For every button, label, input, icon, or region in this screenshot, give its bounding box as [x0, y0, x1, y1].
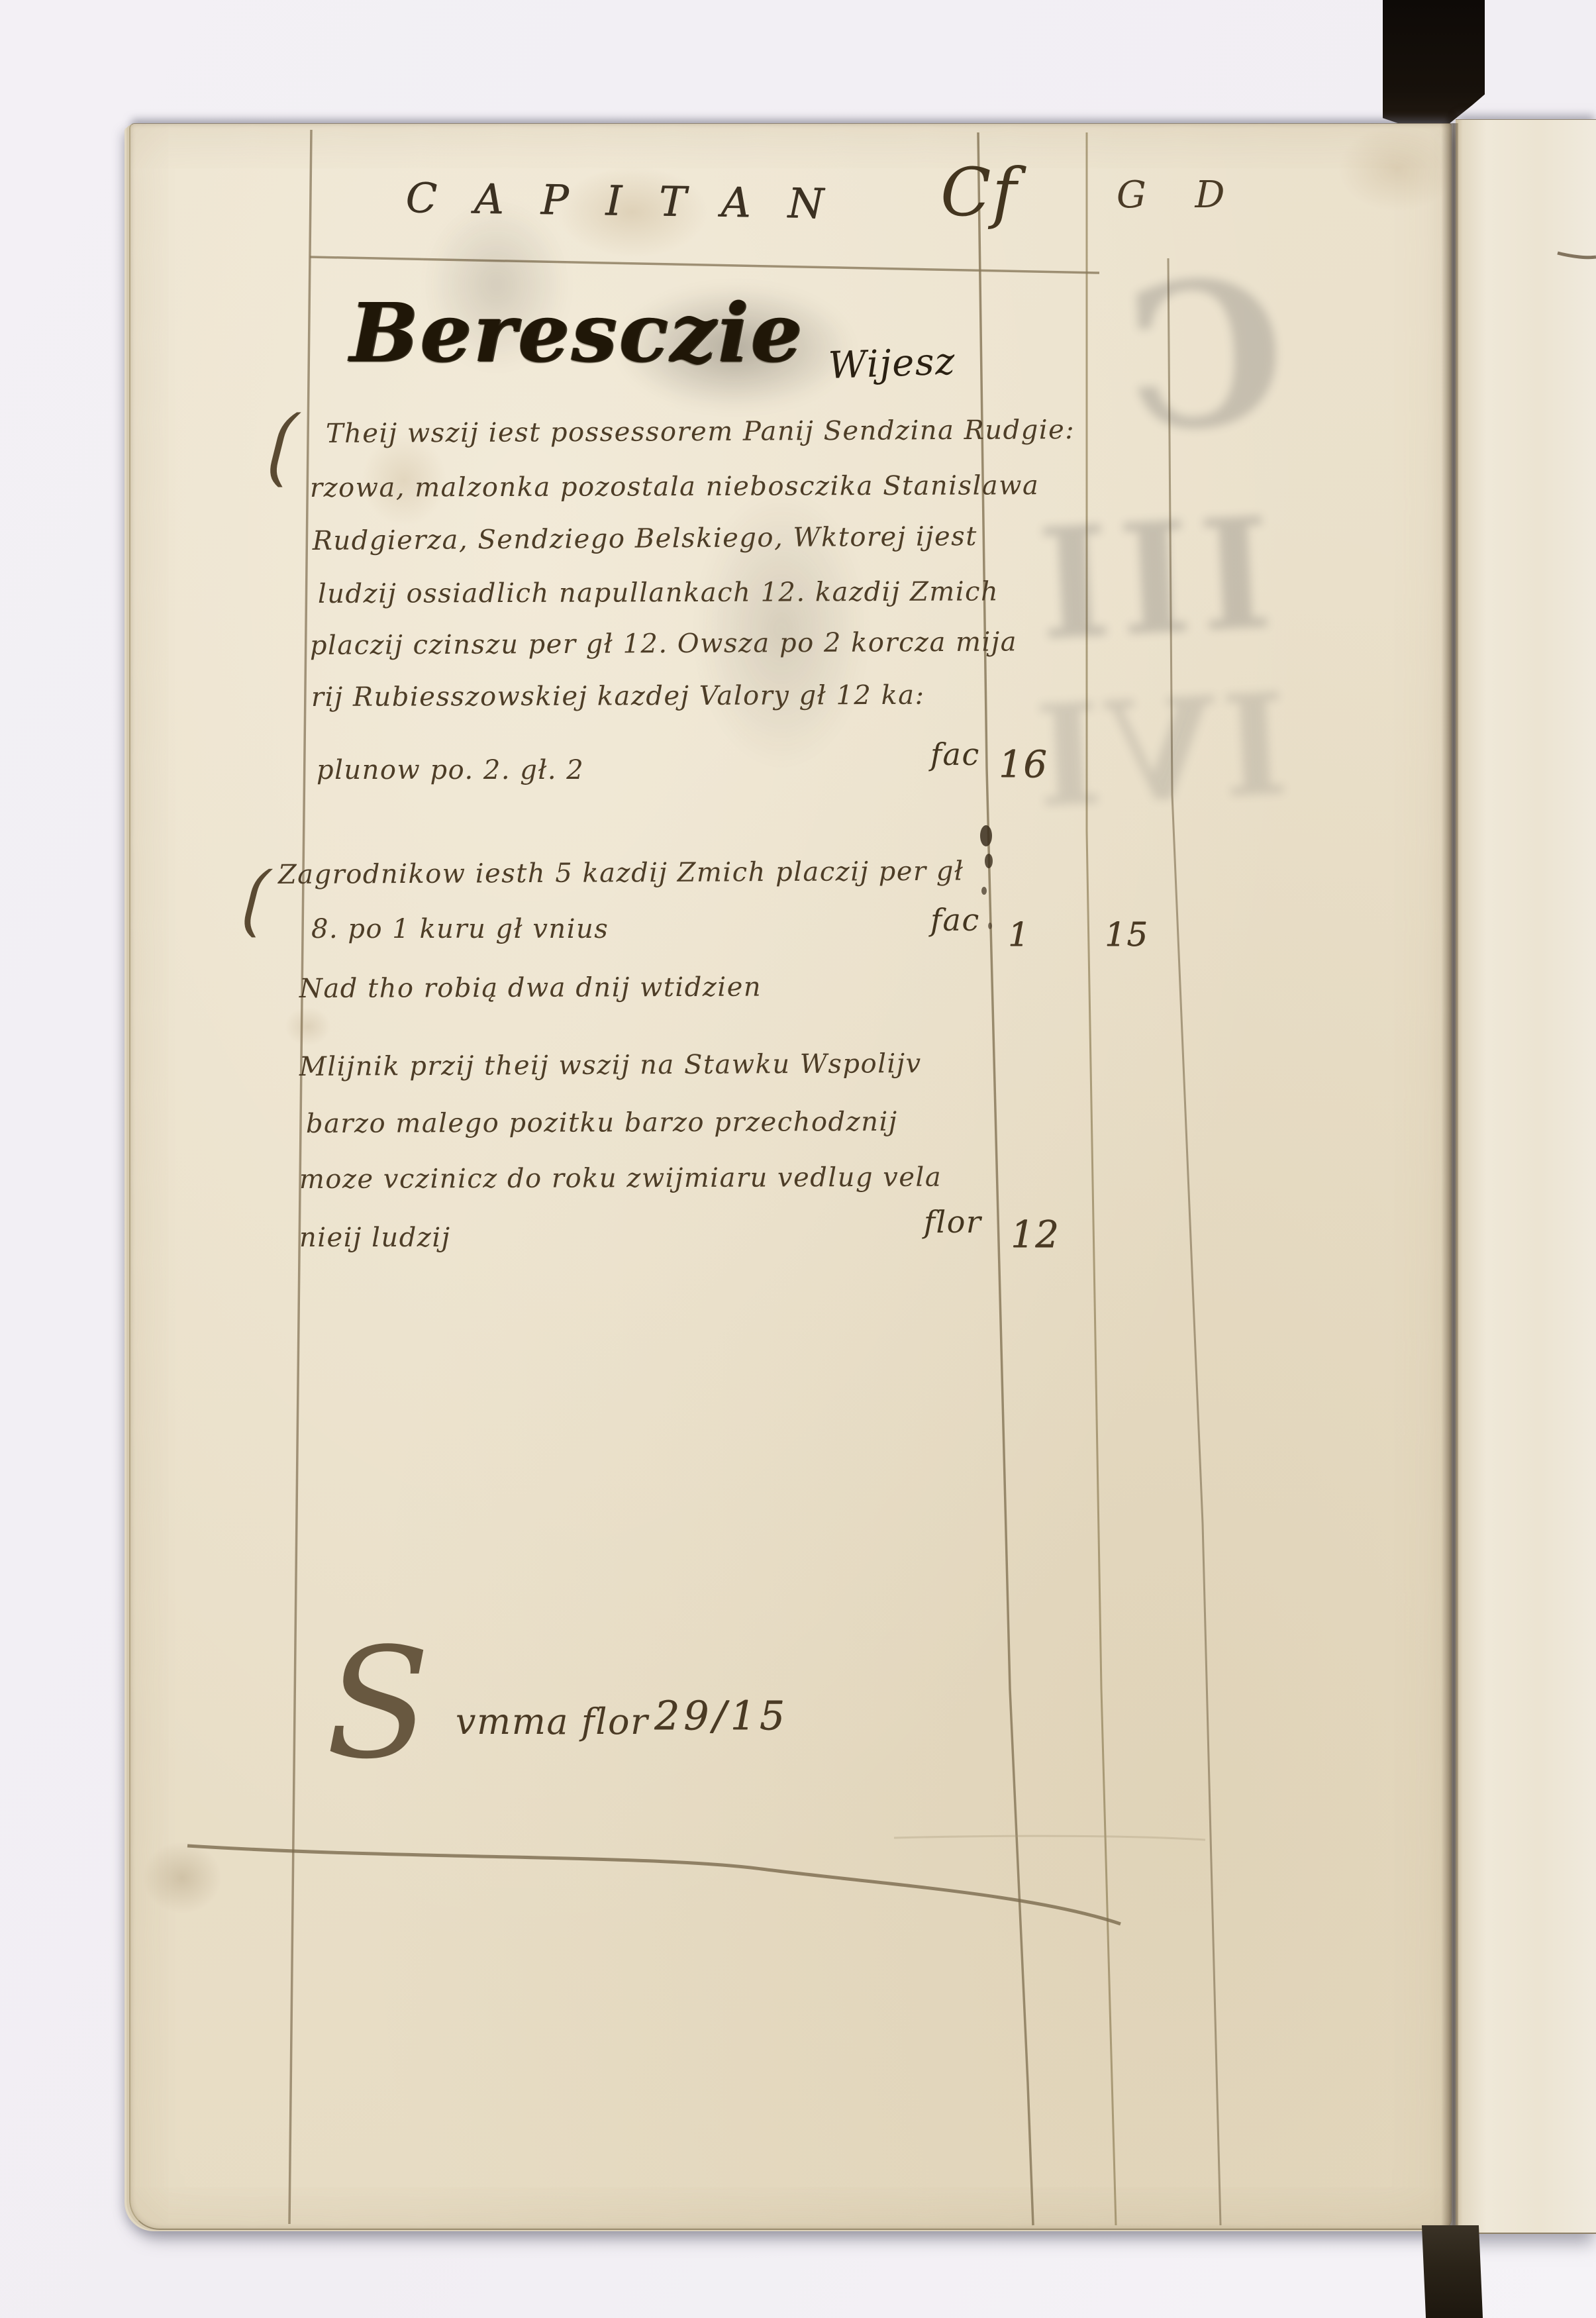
entry-note-line: Nad tho robią dwa dnij wtidzien [299, 972, 762, 1004]
bleedthrough-glyph: IVI [1026, 662, 1292, 839]
column-value: 15 [1105, 915, 1149, 954]
bookmark-ribbon-bottom [1422, 2225, 1483, 2318]
paper-stain [285, 1007, 331, 1046]
summa-text: vmma flor [456, 1701, 648, 1742]
entry-line: Rudgierza, Sendziego Belskiego, Wktorej … [313, 521, 977, 556]
sum-label: flor [924, 1204, 981, 1240]
entry-line: placzij czinszu per gł 12. Owsza po 2 ko… [310, 627, 1017, 661]
entry-line: nieij ludzij [299, 1223, 451, 1253]
scanned-manuscript: { "scan": { "description_colors": { "bac… [0, 0, 1596, 2318]
folio-letters: G D [1117, 174, 1243, 217]
entry-line: rzowa, malzonka pozostala niebosczika St… [310, 470, 1040, 503]
paragraph-initial-flourish: ⟮ [238, 854, 264, 940]
entry-line: rij Rubiesszowskiej kazdej Valory gł 12 … [311, 680, 925, 713]
paper-stain [1338, 126, 1457, 212]
place-name-title: Beresczie [350, 285, 804, 380]
book-gutter-shadow [1441, 123, 1458, 2228]
entry-line: Mlijnik przij theij wszij na Stawku Wspo… [299, 1048, 922, 1082]
paper-stain [142, 1841, 222, 1914]
column-value: 12 [1011, 1213, 1060, 1256]
sum-label: fac [930, 736, 980, 772]
bleedthrough-glyph: III [1025, 484, 1275, 676]
running-title: CAPITAN [405, 174, 861, 228]
next-page-edge [1456, 119, 1596, 2234]
entry-line: plunow po. 2. gł. 2 [317, 755, 584, 785]
entry-line: ludzij ossiadlich napullankach 12. kazdi… [318, 576, 999, 609]
column-value: 1 [1008, 915, 1030, 954]
summa-value: 29/15 [654, 1693, 789, 1739]
header-flourish: Cf [940, 154, 1018, 231]
place-name-suffix: Wijesz [828, 340, 956, 387]
entry-line: Zagrodnikow iesth 5 kazdij Zmich placzij… [278, 856, 964, 890]
entry-line: moze vczinicz do roku zwijmiaru vedlug v… [299, 1162, 942, 1195]
summa-initial: S [326, 1616, 431, 1793]
paragraph-initial-flourish: ⟮ [264, 397, 291, 490]
entry-line: barzo malego pozitku barzo przechodznij [306, 1107, 898, 1139]
sum-label: fac [930, 902, 980, 938]
entry-line: Theij wszij iest possessorem Panij Sendz… [326, 415, 1075, 449]
entry-line: 8. po 1 kuru gł vnius [311, 914, 609, 944]
bookmark-ribbon-top [1383, 0, 1485, 131]
bleedthrough-glyph: C [1120, 234, 1290, 476]
column-value: 16 [999, 743, 1048, 786]
